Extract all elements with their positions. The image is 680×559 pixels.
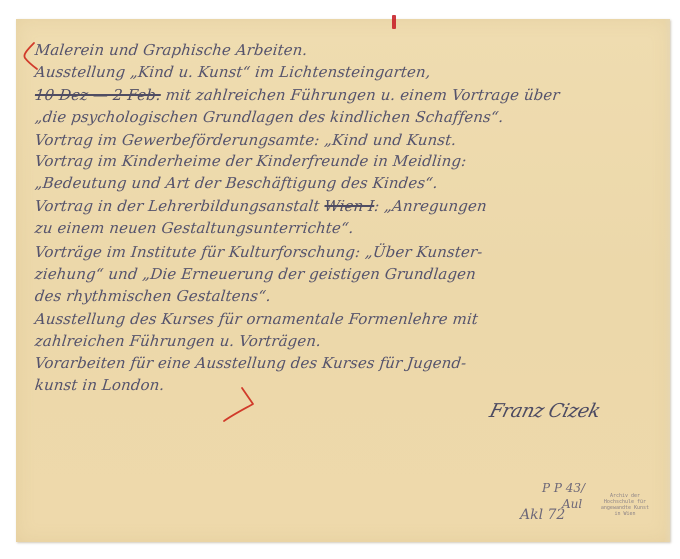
accession-number: Akl 72: [520, 507, 565, 523]
line-6: Vortrag im Kinderheime der Kinderfreunde…: [34, 152, 467, 170]
struck-dates: 10 Dez — 2 Feb.: [34, 86, 162, 104]
line-14: zahlreichen Führungen u. Vorträgen.: [34, 332, 322, 350]
signature: Franz Cizek: [487, 400, 602, 422]
line-11: ziehung“ und „Die Erneuerung der geistig…: [34, 265, 477, 283]
archive-stamp: Archiv der Hochschule für angewandte Kun…: [600, 493, 650, 517]
line-9: zu einem neuen Gestaltungsunterrichte“.: [34, 219, 355, 237]
struck-location: Wien I: [324, 197, 376, 215]
line-5: Vortrag im Gewerbeförderungsamte: „Kind …: [34, 131, 457, 149]
line-13: Ausstellung des Kurses für ornamentale F…: [34, 310, 479, 328]
line-2: Ausstellung „Kind u. Kunst“ im Lichtenst…: [34, 63, 432, 81]
line-15: Vorarbeiten für eine Ausstellung des Kur…: [34, 354, 467, 372]
line-12: des rhythmischen Gestaltens“.: [34, 287, 272, 305]
red-close-bracket-icon: [220, 385, 260, 425]
archive-code: P P 43/: [542, 481, 585, 495]
letter-page: Malerein und Graphische Arbeiten. Ausste…: [16, 19, 670, 542]
line-4: „die psychologischen Grundlagen des kind…: [34, 108, 505, 126]
line-3: 10 Dez — 2 Feb. mit zahlreichen Führunge…: [34, 86, 561, 104]
line-8: Vortrag in der Lehrerbildungsanstalt Wie…: [34, 197, 488, 215]
line-7: „Bedeutung und Art der Beschäftigung des…: [34, 174, 439, 192]
line-10: Vorträge im Institute für Kulturforschun…: [34, 243, 483, 261]
line-16: kunst in London.: [34, 376, 165, 394]
red-pencil-mark: [392, 15, 396, 29]
line-1: Malerein und Graphische Arbeiten.: [34, 41, 308, 59]
